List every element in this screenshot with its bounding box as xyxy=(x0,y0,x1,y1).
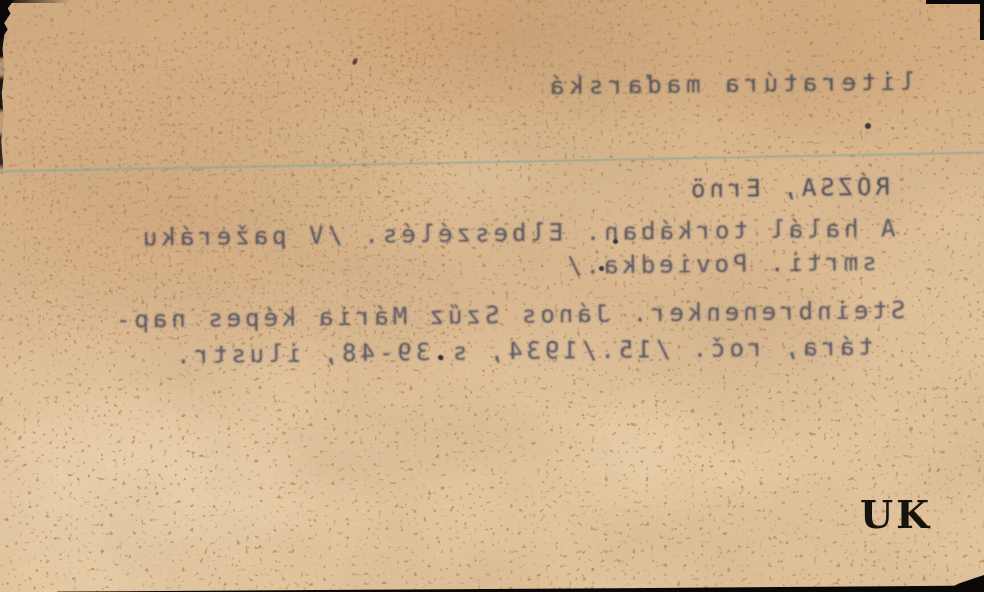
ruled-line xyxy=(0,151,984,172)
catalog-card: literatúra maďarská RÓZSA, Ernö A halál … xyxy=(0,0,984,592)
scan-edge-right xyxy=(980,0,984,40)
library-stamp: UK xyxy=(860,492,932,537)
ink-dot xyxy=(865,123,871,129)
ink-dot xyxy=(599,266,604,271)
scan-edge-top-right xyxy=(926,0,984,4)
bleed-author-line: RÓZSA, Ernö xyxy=(687,173,890,203)
bleed-subject-heading: literatúra maďarská xyxy=(545,68,915,101)
paper-speck xyxy=(352,57,359,65)
scan-edge-bottom-right-corner xyxy=(942,575,984,592)
scan-edge-bottom xyxy=(58,585,984,592)
scan-edge-left xyxy=(0,30,5,215)
scan-edge-top-left xyxy=(0,0,72,3)
bleed-source-line-2: tára, roč. /15./1934, s.39-48, ilustr. xyxy=(172,333,873,370)
bleed-title-line-2: smrti. Poviedka./ xyxy=(563,248,877,280)
ink-dot xyxy=(613,239,618,244)
bleed-title-line-1: A halál torkában. Elbeszélés. /V pažerák… xyxy=(138,214,895,251)
bleed-source-line-1: Steinbrenenker. János Szűz Mária képes n… xyxy=(112,296,906,334)
ink-dot xyxy=(438,355,443,360)
